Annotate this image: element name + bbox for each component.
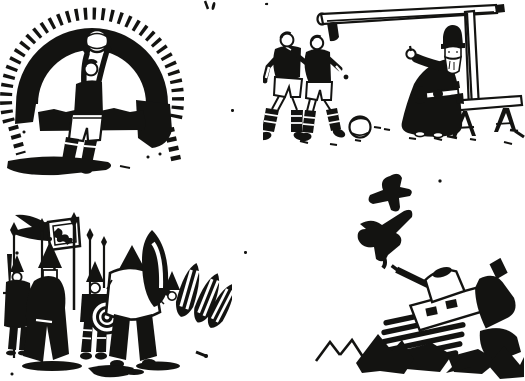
tank-aircraft-drawing [312, 150, 525, 381]
warriors-drawing [2, 206, 232, 381]
football [86, 30, 108, 52]
goalkeeper [57, 44, 112, 175]
ink-speck [438, 179, 441, 182]
aircraft-1 [369, 174, 412, 212]
ink-speck [211, 2, 216, 10]
monk [402, 25, 465, 138]
football [350, 116, 391, 137]
goalkeeper-arch-drawing [0, 0, 212, 182]
ink-speck [231, 109, 234, 112]
scanned-illustration-page [0, 0, 525, 381]
monk-hat [443, 25, 463, 46]
illustration-tank-aircraft [312, 150, 525, 381]
monk-beard [445, 57, 461, 74]
ink-speck [244, 251, 247, 254]
illustration-medieval-warriors [2, 206, 232, 381]
warrior-standard-bearer [23, 237, 69, 362]
ground-shadow [7, 157, 130, 176]
ink-mark [205, 1, 208, 9]
striped-shields [172, 261, 232, 332]
illustration-goalkeeper-arch [0, 0, 212, 182]
ink-speck [265, 3, 267, 5]
illustration-footballers-monk [263, 0, 525, 152]
footballer-right [298, 36, 348, 142]
footballers-monk-drawing [263, 0, 525, 152]
aircraft-2 [358, 210, 413, 268]
